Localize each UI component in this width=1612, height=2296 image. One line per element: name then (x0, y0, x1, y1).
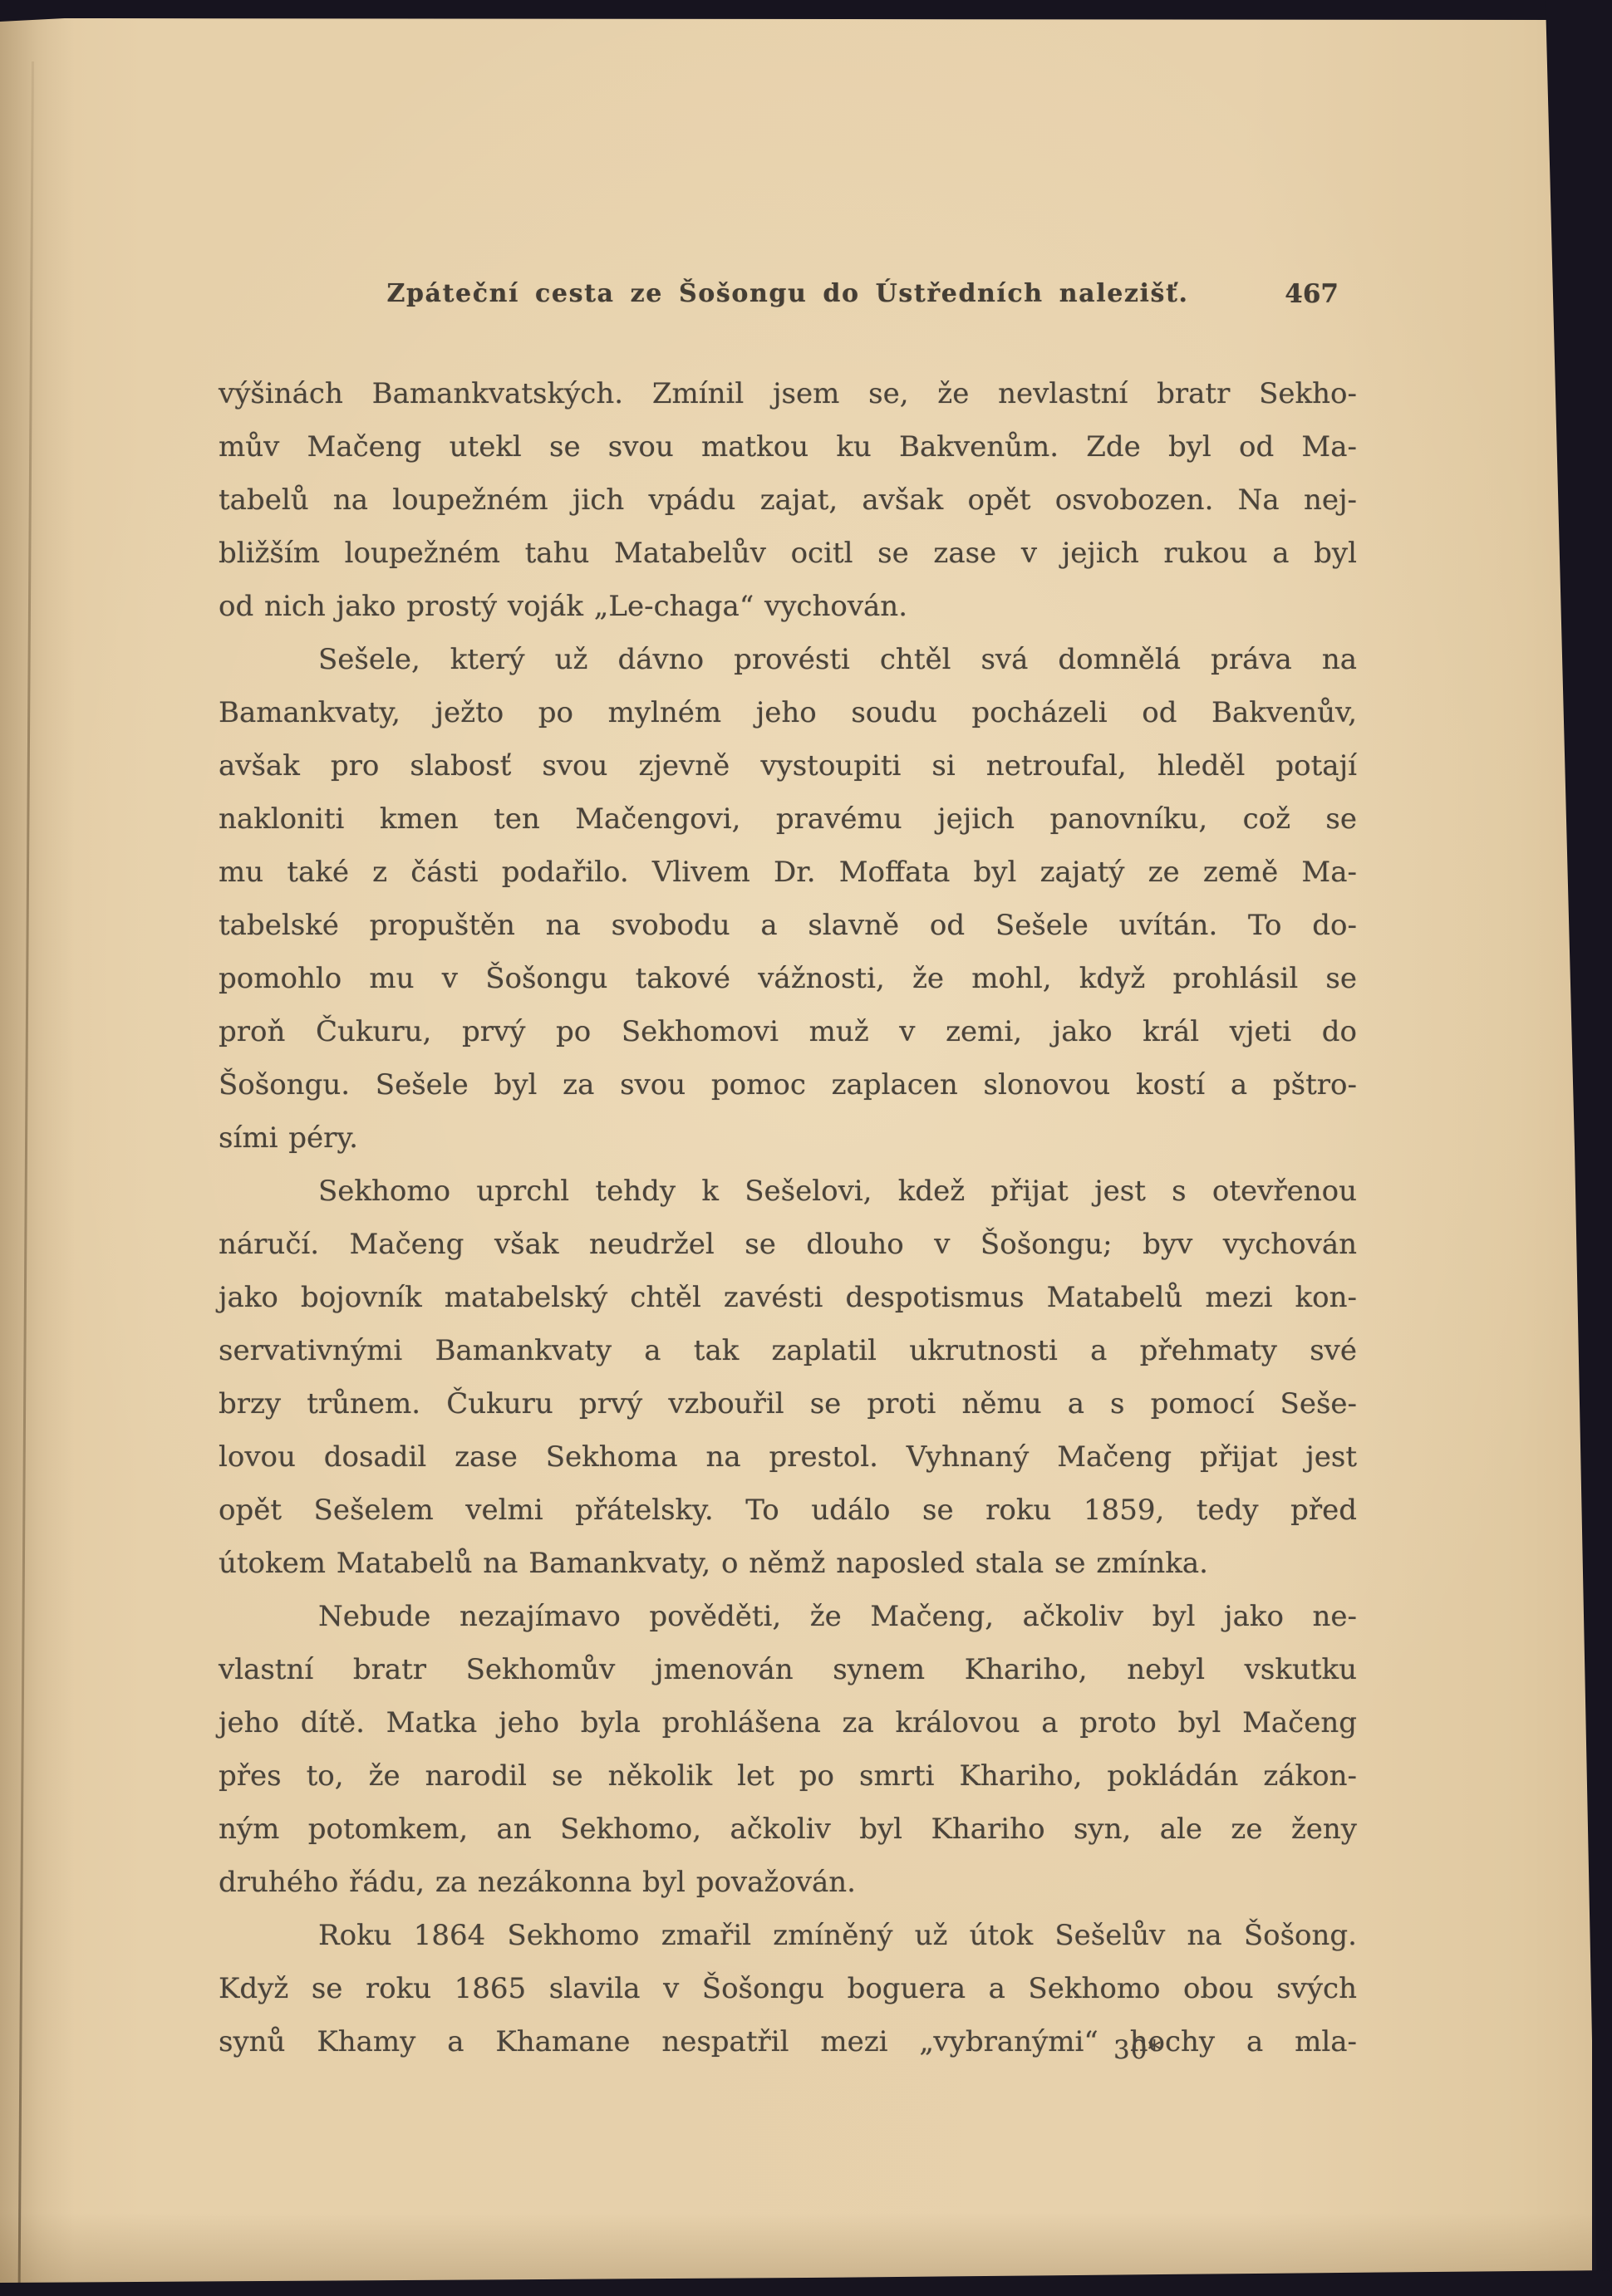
text-line: přes to, že narodil se několik let po sm… (219, 1749, 1357, 1803)
text-line: lovou dosadil zase Sekhoma na prestol. V… (219, 1430, 1357, 1484)
text-line: vlastní bratr Sekhomův jmenován synem Kh… (219, 1643, 1357, 1696)
text-line: proň Čukuru, prvý po Sekhomovi muž v zem… (219, 1005, 1357, 1058)
text-line: od nich jako prostý voják „Le-chaga“ vyc… (219, 580, 1357, 633)
book-page-paper: Zpáteční cesta ze Šošongu do Ústředních … (0, 12, 1592, 2288)
text-line: mu také z části podařilo. Vlivem Dr. Mof… (219, 846, 1357, 899)
text-line: mův Mačeng utekl se svou matkou ku Bakve… (219, 420, 1357, 473)
text-line: nakloniti kmen ten Mačengovi, pravému je… (219, 792, 1357, 846)
text-line: Sekhomo uprchl tehdy k Sešelovi, kdež př… (219, 1165, 1357, 1218)
text-line: opět Sešelem velmi přátelsky. To událo s… (219, 1484, 1357, 1537)
text-line: Bamankvaty, ježto po mylném jeho soudu p… (219, 686, 1357, 739)
text-line: avšak pro slabosť svou zjevně vystoupiti… (219, 739, 1357, 792)
body-text: výšinách Bamankvatských. Zmínil jsem se,… (219, 367, 1357, 2068)
text-line: jeho dítě. Matka jeho byla prohlášena za… (219, 1696, 1357, 1749)
gutter-shadow (0, 12, 75, 2288)
page-header: Zpáteční cesta ze Šošongu do Ústředních … (219, 279, 1357, 319)
text-line: tabelské propuštěn na svobodu a slavně o… (219, 899, 1357, 952)
text-line: útokem Matabelů na Bamankvaty, o němž na… (219, 1537, 1357, 1590)
text-line: Šošongu. Sešele byl za svou pomoc zaplac… (219, 1058, 1357, 1111)
text-line: výšinách Bamankvatských. Zmínil jsem se,… (219, 367, 1357, 420)
text-line: Roku 1864 Sekhomo zmařil zmíněný už útok… (219, 1909, 1357, 1962)
text-line: jako bojovník matabelský chtěl zavésti d… (219, 1271, 1357, 1324)
running-title: Zpáteční cesta ze Šošongu do Ústředních … (219, 279, 1357, 308)
text-line: synů Khamy a Khamane nespatřil mezi „vyb… (219, 2015, 1357, 2068)
text-line: pomohlo mu v Šošongu takové vážnosti, že… (219, 952, 1357, 1005)
text-line: Sešele, který už dávno provésti chtěl sv… (219, 633, 1357, 686)
page-number: 467 (1285, 279, 1339, 309)
signature-mark: 30* (1113, 2035, 1162, 2065)
text-line: brzy trůnem. Čukuru prvý vzbouřil se pro… (219, 1377, 1357, 1430)
scanned-book-page: Zpáteční cesta ze Šošongu do Ústředních … (0, 0, 1612, 2296)
text-line: tabelů na loupežném jich vpádu zajat, av… (219, 473, 1357, 527)
text-line: ným potomkem, an Sekhomo, ačkoliv byl Kh… (219, 1803, 1357, 1856)
text-line: bližším loupežném tahu Matabelův ocitl s… (219, 527, 1357, 580)
text-line: Nebude nezajímavo pověděti, že Mačeng, a… (219, 1590, 1357, 1643)
text-line: druhého řádu, za nezákonna byl považován… (219, 1856, 1357, 1909)
text-line: servativnými Bamankvaty a tak zaplatil u… (219, 1324, 1357, 1377)
text-line: sími péry. (219, 1111, 1357, 1165)
text-line: náručí. Mačeng však neudržel se dlouho v… (219, 1218, 1357, 1271)
text-line: Když se roku 1865 slavila v Šošongu bogu… (219, 1962, 1357, 2015)
